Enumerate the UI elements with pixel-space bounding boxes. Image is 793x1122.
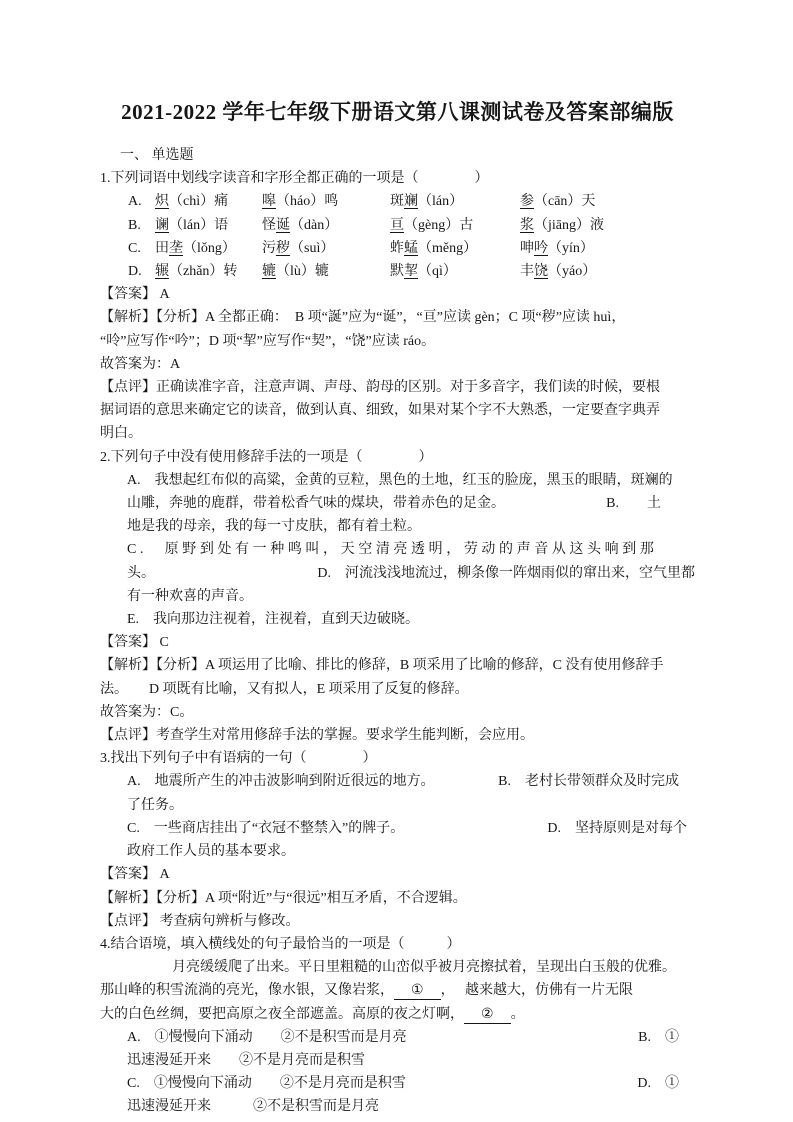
option-c-text: C. ①慢慢向下涌动 ②不是月亮而是积雪	[127, 1072, 406, 1095]
plain-text: （dàn）	[290, 218, 338, 233]
plain-text: （cān）天	[534, 194, 595, 209]
plain-text: 默	[390, 264, 404, 279]
q2-stem: 2.下列句子中没有使用修辞手法的一项是（ ）	[100, 446, 695, 469]
passage-text: ， 越来越大，仿佛有一片无限	[441, 983, 634, 998]
plain-text: 呻	[520, 241, 534, 256]
underlined-char: 辗	[155, 264, 169, 279]
q1-conclusion-line: 故答案为：A	[100, 353, 695, 376]
option-cell: 默挈（qì）	[390, 260, 520, 283]
plain-text: （lán）语	[169, 218, 228, 233]
q4-passage-line-1: 月亮缓缓爬了出来。平日里粗糙的山峦似乎被月亮擦拭着，呈现出白玉般的优雅。	[100, 956, 695, 979]
option-b-start: B. 土	[606, 492, 695, 515]
underlined-char: 浆	[520, 218, 534, 233]
q4-options-cd-line: C. ①慢慢向下涌动 ②不是月亮而是积雪 D. ①	[100, 1072, 695, 1095]
underlined-char: 嗥	[262, 194, 276, 209]
q1-answer-line: 【答案】 A	[100, 283, 695, 306]
q3-option-d-line-2: 政府工作人员的基本要求。	[100, 840, 695, 863]
option-cell: 怪诞（dàn）	[262, 214, 390, 237]
plain-text: （yín）	[548, 241, 594, 256]
plain-text: （suì）	[290, 241, 334, 256]
q3-options-cd-line: C. 一些商店挂出了“衣冠不整禁入”的牌子。 D. 坚持原则是对每个	[100, 817, 695, 840]
q2-analysis-line-1: 【解析】【分析】A 项运用了比喻、排比的修辞，B 项采用了比喻的修辞，C 没有使…	[100, 654, 695, 677]
q2-option-e: E. 我向那边注视着，注视着，直到天边破晓。	[100, 608, 695, 631]
underlined-char: 饶	[534, 264, 548, 279]
option-label: B.	[128, 214, 155, 237]
q1-comment-line-3: 明白。	[100, 422, 695, 445]
option-cell: 辗（zhǎn）转	[155, 260, 262, 283]
plain-text: 蚱	[390, 241, 404, 256]
q2-option-b-line-2: 地是我的母亲，我的每一寸皮肤，都有着土粒。	[100, 515, 695, 538]
underlined-char: 谰	[155, 218, 169, 233]
plain-text: （qì）	[418, 264, 457, 279]
plain-text: （lǒng）	[183, 241, 236, 256]
q2-option-a-line-1: A. 我想起红布似的高粱，金黄的豆粒，黑色的土地，红玉的脸庞，黑玉的眼睛，斑斓的	[100, 469, 695, 492]
underlined-char: 亘	[390, 218, 404, 233]
option-d-text: D. 坚持原则是对每个	[547, 817, 695, 840]
q3-options-ab-line: A. 地震所产生的冲击波影响到附近很远的地方。 B. 老村长带领群众及时完成	[100, 770, 695, 793]
q3-analysis-line: 【解析】【分析】A 项“附近”与“很远”相互矛盾，不合逻辑。	[100, 887, 695, 910]
option-cell: 亘（gèng）古	[390, 214, 520, 237]
option-cell: 田垄（lǒng）	[155, 237, 262, 260]
option-c-text: C. 一些商店挂出了“衣冠不整禁入”的牌子。	[127, 817, 404, 840]
q1-analysis-line-1: 【解析】【分析】A 全都正确： B 项“誕”应为“诞”，“亘”应读 gèn；C …	[100, 306, 695, 329]
option-a-text: A. 地震所产生的冲击波影响到附近很远的地方。	[127, 770, 435, 793]
underlined-char: 参	[520, 194, 534, 209]
q3-answer-line: 【答案】 A	[100, 863, 695, 886]
plain-text: 怪	[262, 218, 276, 233]
passage-text: 那山峰的积雪流淌的亮光，像水银，又像岩浆，	[100, 983, 394, 998]
blank-2: ②	[464, 1006, 511, 1024]
q1-option-row-b: B. 谰（lán）语 怪诞（dàn） 亘（gèng）古 浆（jiāng）液	[100, 214, 695, 237]
underlined-char: 斓	[404, 194, 418, 209]
option-text: 山雕，奔驰的鹿群，带着松香气味的煤块，带着赤色的足金。	[127, 492, 505, 515]
q4-passage-line-2: 那山峰的积雪流淌的亮光，像水银，又像岩浆，①， 越来越大，仿佛有一片无限	[100, 979, 695, 1002]
q4-option-b-line-2: 迅速漫延开来 ②不是月亮而是积雪	[100, 1049, 695, 1072]
plain-text: （háo）鸣	[276, 194, 338, 209]
q2-option-d-line-1: 头。 D. 河流浅浅地流过，柳条像一阵烟雨似的窜出来，空气里都	[100, 562, 695, 585]
plain-text: （lán）	[418, 194, 463, 209]
q1-option-row-d: D. 辗（zhǎn）转 辘（lù）辘 默挈（qì） 丰饶（yáo）	[100, 260, 695, 283]
plain-text: 田	[155, 241, 169, 256]
option-cell: 蚱蜢（měng）	[390, 237, 520, 260]
passage-text: 。	[511, 1007, 525, 1022]
plain-text: （chì）痛	[169, 194, 228, 209]
blank-1: ①	[394, 982, 441, 1000]
q4-stem: 4.结合语境，填入横线处的句子最恰当的一项是（ ）	[100, 933, 695, 956]
plain-text: （yáo）	[548, 264, 596, 279]
page-title: 2021-2022 学年七年级下册语文第八课测试卷及答案部编版	[100, 97, 695, 128]
q4-options-ab-line: A. ①慢慢向下涌动 ②不是积雪而是月亮 B. ①	[100, 1026, 695, 1049]
plain-text: （zhǎn）转	[169, 264, 237, 279]
option-cell: 辘（lù）辘	[262, 260, 390, 283]
underlined-char: 辘	[262, 264, 276, 279]
q2-comment-line: 【点评】考查学生对常用修辞手法的掌握。要求学生能判断，会应用。	[100, 724, 695, 747]
q1-option-row-a: A. 炽（chì）痛 嗥（háo）鸣 斑斓（lán） 参（cān）天	[100, 190, 695, 213]
q2-option-d-line-2: 有一种欢喜的声音。	[100, 585, 695, 608]
q3-option-b-line-2: 了任务。	[100, 794, 695, 817]
q3-comment-line: 【点评】 考查病句辨析与修改。	[100, 910, 695, 933]
plain-text: （lù）辘	[276, 264, 329, 279]
document-page: 2021-2022 学年七年级下册语文第八课测试卷及答案部编版 一、 单选题 1…	[0, 0, 793, 1122]
underlined-char: 蜢	[404, 241, 418, 256]
underlined-char: 炽	[155, 194, 169, 209]
underlined-char: 吟	[534, 241, 548, 256]
underlined-char: 挈	[404, 264, 418, 279]
q1-analysis-line-2: “呤”应写作“吟”；D 项“挈”应写作“契”，“饶”应读 ráo。	[100, 330, 695, 353]
plain-text: 污	[262, 241, 276, 256]
q3-stem: 3.找出下列句子中有语病的一句（ ）	[100, 747, 695, 770]
option-text: 头。	[127, 562, 155, 585]
plain-text: （jiāng）液	[534, 218, 604, 233]
section-heading: 一、 单选题	[100, 144, 695, 167]
plain-text: 斑	[390, 194, 404, 209]
q2-option-c-line-1: C. 原野到处有一种鸣叫，天空清亮透明，劳动的声音从这头响到那	[100, 538, 695, 561]
underlined-char: 秽	[276, 241, 290, 256]
option-a-text: A. ①慢慢向下涌动 ②不是积雪而是月亮	[127, 1026, 407, 1049]
option-b-start: B. ①	[638, 1026, 695, 1049]
q4-option-d-line-2: 迅速漫延开来 ②不是积雪而是月亮	[100, 1095, 695, 1118]
option-cell: 斑斓（lán）	[390, 190, 520, 213]
passage-text: 大的白色丝绸，要把高原之夜全部遮盖。高原的夜之灯啊，	[100, 1007, 464, 1022]
q1-stem: 1.下列词语中划线字读音和字形全都正确的一项是（ ）	[100, 167, 695, 190]
option-cell: 谰（lán）语	[155, 214, 262, 237]
q4-passage-line-3: 大的白色丝绸，要把高原之夜全部遮盖。高原的夜之灯啊，②。	[100, 1003, 695, 1026]
option-cell: 浆（jiāng）液	[520, 214, 695, 237]
option-d-start: D. ①	[637, 1072, 695, 1095]
option-b-text: B. 老村长带领群众及时完成	[498, 770, 695, 793]
q1-option-row-c: C. 田垄（lǒng） 污秽（suì） 蚱蜢（měng） 呻吟（yín）	[100, 237, 695, 260]
option-label: C.	[128, 237, 155, 260]
q2-analysis-line-2: 法。 D 项既有比喻，又有拟人，E 项采用了反复的修辞。	[100, 678, 695, 701]
plain-text: （měng）	[418, 241, 477, 256]
plain-text: 丰	[520, 264, 534, 279]
option-cell: 嗥（háo）鸣	[262, 190, 390, 213]
option-label: A.	[128, 190, 155, 213]
plain-text: （gèng）古	[404, 218, 473, 233]
option-cell: 炽（chì）痛	[155, 190, 262, 213]
option-cell: 污秽（suì）	[262, 237, 390, 260]
q2-answer-line: 【答案】 C	[100, 631, 695, 654]
option-cell: 呻吟（yín）	[520, 237, 695, 260]
q2-conclusion-line: 故答案为：C。	[100, 701, 695, 724]
q2-option-a-line-2: 山雕，奔驰的鹿群，带着松香气味的煤块，带着赤色的足金。 B. 土	[100, 492, 695, 515]
option-d-start: D. 河流浅浅地流过，柳条像一阵烟雨似的窜出来，空气里都	[317, 562, 695, 585]
underlined-char: 垄	[169, 241, 183, 256]
option-cell: 丰饶（yáo）	[520, 260, 695, 283]
q1-comment-line-1: 【点评】正确读准字音，注意声调、声母、韵母的区别。对于多音字，我们读的时候，要根	[100, 376, 695, 399]
option-label: D.	[128, 260, 155, 283]
underlined-char: 诞	[276, 218, 290, 233]
q1-comment-line-2: 据词语的意思来确定它的读音，做到认真、细致，如果对某个字不大熟悉，一定要查字典弄	[100, 399, 695, 422]
option-cell: 参（cān）天	[520, 190, 695, 213]
